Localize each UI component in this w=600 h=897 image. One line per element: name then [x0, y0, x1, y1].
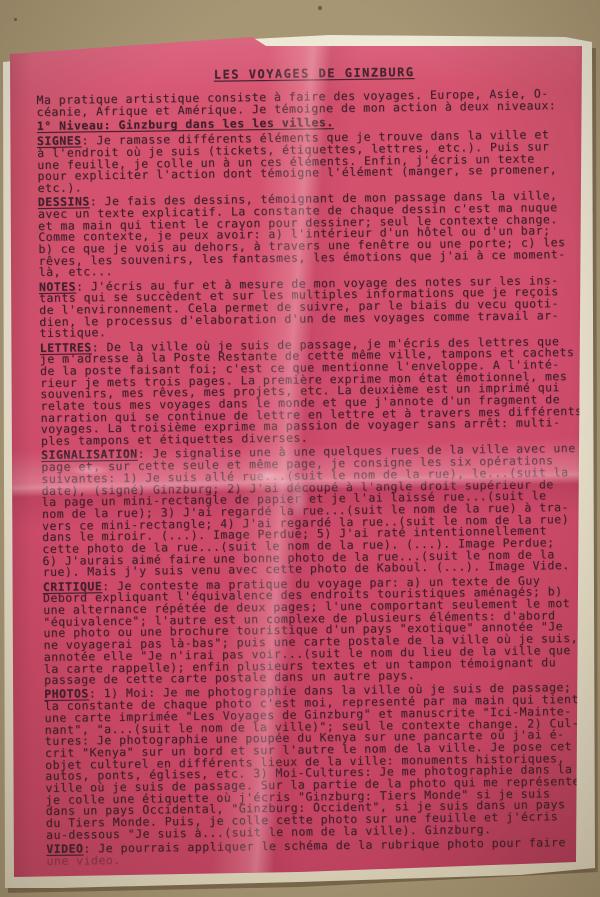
section-text-signalisation: : Je signalise une à une quelques rues d… [41, 441, 575, 579]
section-text-critique: : Je conteste ma pratique du voyage par:… [43, 573, 578, 687]
section-text-lettres: : De la ville où je suis de passage, je … [40, 334, 583, 448]
section-paragraph-photos: PHOTOS: 1) Moi: Je me photographie dans … [44, 682, 600, 841]
section-text-notes: : J'écris au fur et à mesure de mon voya… [39, 273, 559, 341]
section-text-photos: : 1) Moi: Je me photographie dans la vil… [44, 681, 580, 842]
document-title: LES VOYAGES DE GINZBURG [36, 63, 592, 84]
section-paragraph-signalisation: SIGNALISATION: Je signalise une à une qu… [41, 443, 599, 579]
section-text-signes: : Je ramasse différents éléments que je … [37, 127, 557, 195]
photo-scene: LES VOYAGES DE GINZBURG Ma pratique arti… [0, 0, 600, 897]
section-paragraph-video: VIDEO: Je pourrais appliquer le schéma d… [46, 837, 600, 868]
document-content: LES VOYAGES DE GINZBURG Ma pratique arti… [36, 57, 600, 870]
background-speck [318, 6, 322, 10]
section-paragraph-critique: CRITIQUE: Je conteste ma pratique du voy… [43, 574, 600, 687]
section-paragraph-signes: SIGNES: Je ramasse différents éléments q… [37, 129, 594, 195]
section-paragraph-lettres: LETTRES: De la ville où je suis de passa… [40, 335, 597, 448]
section-paragraph-notes: NOTES: J'écris au fur et à mesure de mon… [39, 274, 596, 340]
pink-document-paper: LES VOYAGES DE GINZBURG Ma pratique arti… [0, 0, 600, 897]
background-speck [14, 18, 17, 21]
section-text-dessins: : Je fais des dessins, témoignant de mon… [38, 188, 566, 279]
section-paragraph-dessins: DESSINS: Je fais des dessins, témoignant… [38, 190, 595, 279]
